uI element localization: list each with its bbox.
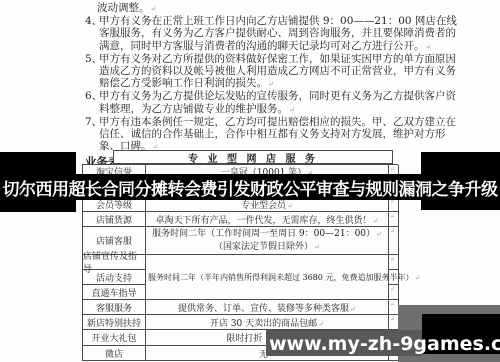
row-new-shop: 新店特别扶持 开店 30 天卖出的商品包邮 xyxy=(83,315,398,330)
list-item-7: 7、 甲方有违本条例任一规定，乙方均可提出赔偿相应的损失。甲、乙双方建立在信任、… xyxy=(85,116,463,154)
row-label-cell: 新店特别扶持 xyxy=(83,315,146,330)
row-supply: 店铺货源 卓淘天下所有产品，一件代发，无需库存，终生供货！ xyxy=(83,212,398,227)
row-end-mark xyxy=(389,227,399,255)
headline-overlay: 切尔西用超长合同分摊转会费引发财政公平审查与规则漏洞之争升级 xyxy=(0,174,500,200)
watermark-url: www.my-zh-9games.com xyxy=(269,331,499,356)
item-text: 甲方有义务在正常上班工作日内向乙方店铺提供 9：00——21：00 网店在线客服… xyxy=(99,15,463,53)
item-text: 甲方有违本条例任一规定，乙方均可提出赔偿相应的损失。甲、乙双方建立在信任、诚信的… xyxy=(99,116,463,154)
headline-text: 切尔西用超长合同分摊转会费引发财政公平审查与规则漏洞之争升级 xyxy=(3,175,498,200)
row-cs-service: 客服服务 提供常务、订单、宣传、装修等多种类客服 xyxy=(83,300,398,315)
item-number: 4、 xyxy=(85,15,99,53)
item-number: 7、 xyxy=(85,116,99,154)
document-page: 波动调整。 4、 甲方有义务在正常上班工作日内向乙方店铺提供 9：00——21：… xyxy=(0,0,500,362)
row-label-cell: 微店 xyxy=(83,346,146,361)
item-number: 6、 xyxy=(85,90,99,115)
list-item-6: 6、 甲方有义务为乙方提供论坛发贴的宣传服务，同时更有义务为乙方提供客户资料整理… xyxy=(85,90,463,115)
row-value-cell: 卓淘天下所有产品，一件代发，无需库存，终生供货！ xyxy=(146,212,389,227)
item-text: 甲方有义务对乙方所提供的资料做好保密工作，如果证实因甲方的单方面原因造成乙方的资… xyxy=(99,53,463,91)
row-value-cell: 提供常务、订单、宣传、装修等多种类客服 xyxy=(146,300,389,315)
merged-label-stack: 店铺宣传及指导 活动支持 直通车指导 xyxy=(83,255,146,300)
item-number: 5、 xyxy=(85,53,99,91)
row-group-merged: 店铺宣传及指导 活动支持 直通车指导 服务时间二年（半年内销售所得利润未超过 3… xyxy=(83,255,398,300)
list-item-4: 4、 甲方有义务在正常上班工作日内向乙方店铺提供 9：00——21：00 网店在… xyxy=(85,15,463,53)
row-label-cell: 活动支持 xyxy=(83,270,146,285)
document-text: 波动调整。 4、 甲方有义务在正常上班工作日内向乙方店铺提供 9：00——21：… xyxy=(85,2,463,171)
table-header: 专 业 型 网 店 服 务 xyxy=(113,150,393,164)
row-end-mark xyxy=(389,212,399,227)
row-value-cell: 服务时间二年（工作时间周一至周日 9：00—21：00） （国家法定节假日除外） xyxy=(146,227,389,255)
paragraph-continuation: 波动调整。 xyxy=(85,2,463,15)
merged-value-cell: 服务时间二年（半年内销售所得利润未超过 3680 元，免费追加服务半年） xyxy=(146,255,389,300)
row-label-cell: 客服服务 xyxy=(83,300,146,315)
row-label-cell: 开业大礼包 xyxy=(83,330,146,346)
row-label-cell: 店铺货源 xyxy=(83,212,146,227)
row-label-cell: 直通车指导 xyxy=(83,285,146,300)
row-label-cell: 店铺宣传及指导 xyxy=(83,255,146,270)
merged-end-stack xyxy=(389,255,399,300)
list-item-5: 5、 甲方有义务对乙方所提供的资料做好保密工作，如果证实因甲方的单方面原因造成乙… xyxy=(85,53,463,91)
row-end-mark xyxy=(389,285,399,300)
row-end-mark xyxy=(389,270,399,285)
item-text: 甲方有义务为乙方提供论坛发贴的宣传服务，同时更有义务为乙方提供客户资料整理，为乙… xyxy=(99,90,463,115)
row-value-cell: 开店 30 天卖出的商品包邮 xyxy=(146,315,389,330)
row-end-mark xyxy=(389,255,399,270)
